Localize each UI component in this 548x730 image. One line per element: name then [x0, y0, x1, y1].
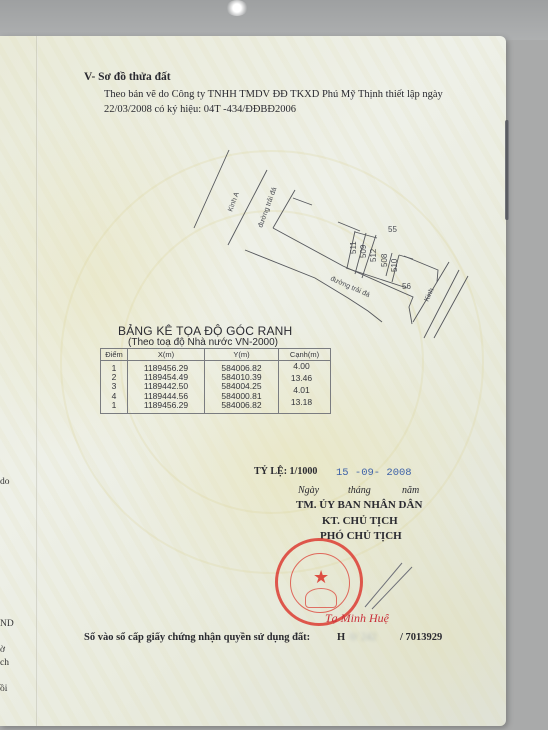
stamped-date: 15 -09- 2008 [336, 467, 412, 479]
registration-redacted: 0/ 242 [350, 632, 377, 643]
left-page-fragment: do [0, 477, 10, 487]
map-label-road-top: đường trải đá [257, 186, 278, 228]
left-page-fragment: ND [0, 619, 14, 629]
map-label-canal: Kinh [423, 287, 435, 303]
left-page-fragment: ờ [0, 645, 5, 655]
seal-emblem: ★ [290, 553, 350, 613]
registration-prefix: H [337, 632, 345, 643]
header-y: Y(m) [205, 349, 279, 361]
registration-number: / 7013929 [400, 632, 442, 643]
signer-name: Tạ Minh Huệ [325, 611, 389, 626]
parcel-label: 510 [390, 258, 399, 272]
left-page-fragment: ồi [0, 684, 7, 694]
edge-length: 13.18 [276, 396, 327, 408]
map-label-canal-a: Kinh A [227, 191, 241, 213]
parcel-label: 511 [349, 241, 358, 254]
parcel-label: 512 [369, 248, 378, 262]
map-label-road-bottom: đường trải đá [329, 275, 371, 299]
table-header-row: Điểm X(m) Y(m) Cạnh(m) [101, 349, 331, 361]
star-icon: ★ [313, 568, 329, 586]
left-page-fragment: ch [0, 658, 9, 668]
edge-length: 4.00 [276, 360, 327, 372]
header-point: Điểm [101, 349, 128, 361]
coordinate-table-title: BẢNG KÊ TỌA ĐỘ GÓC RANH [118, 324, 292, 338]
parcel-label: 509 [359, 244, 368, 258]
map-scale: TỶ LỆ: 1/1000 [254, 466, 317, 477]
coordinate-table-subtitle: (Theo toạ độ Nhà nước VN-2000) [128, 337, 278, 348]
date-month-label: tháng [348, 485, 371, 496]
neighbor-parcel-label: 55 [388, 225, 397, 234]
authority-line1: TM. ỦY BAN NHÂN DÂN [296, 499, 422, 511]
edge-length: 4.01 [276, 384, 327, 396]
neighbor-parcel-label: 56 [402, 282, 411, 291]
signature-strokes [360, 555, 420, 615]
registration-label: Số vào sổ cấp giấy chứng nhận quyền sử d… [84, 632, 310, 643]
authority-line2: KT. CHỦ TỊCH [322, 515, 398, 527]
header-x: X(m) [128, 349, 205, 361]
edge-length: 13.46 [276, 372, 327, 384]
header-edge: Cạnh(m) [279, 349, 331, 361]
seal-gear-emblem [305, 588, 337, 608]
parcel-label: 508 [380, 253, 389, 267]
date-day-label: Ngày [298, 485, 319, 496]
date-year-label: năm [402, 485, 419, 496]
edge-lengths: 4.00 13.46 4.01 13.18 [276, 360, 327, 408]
